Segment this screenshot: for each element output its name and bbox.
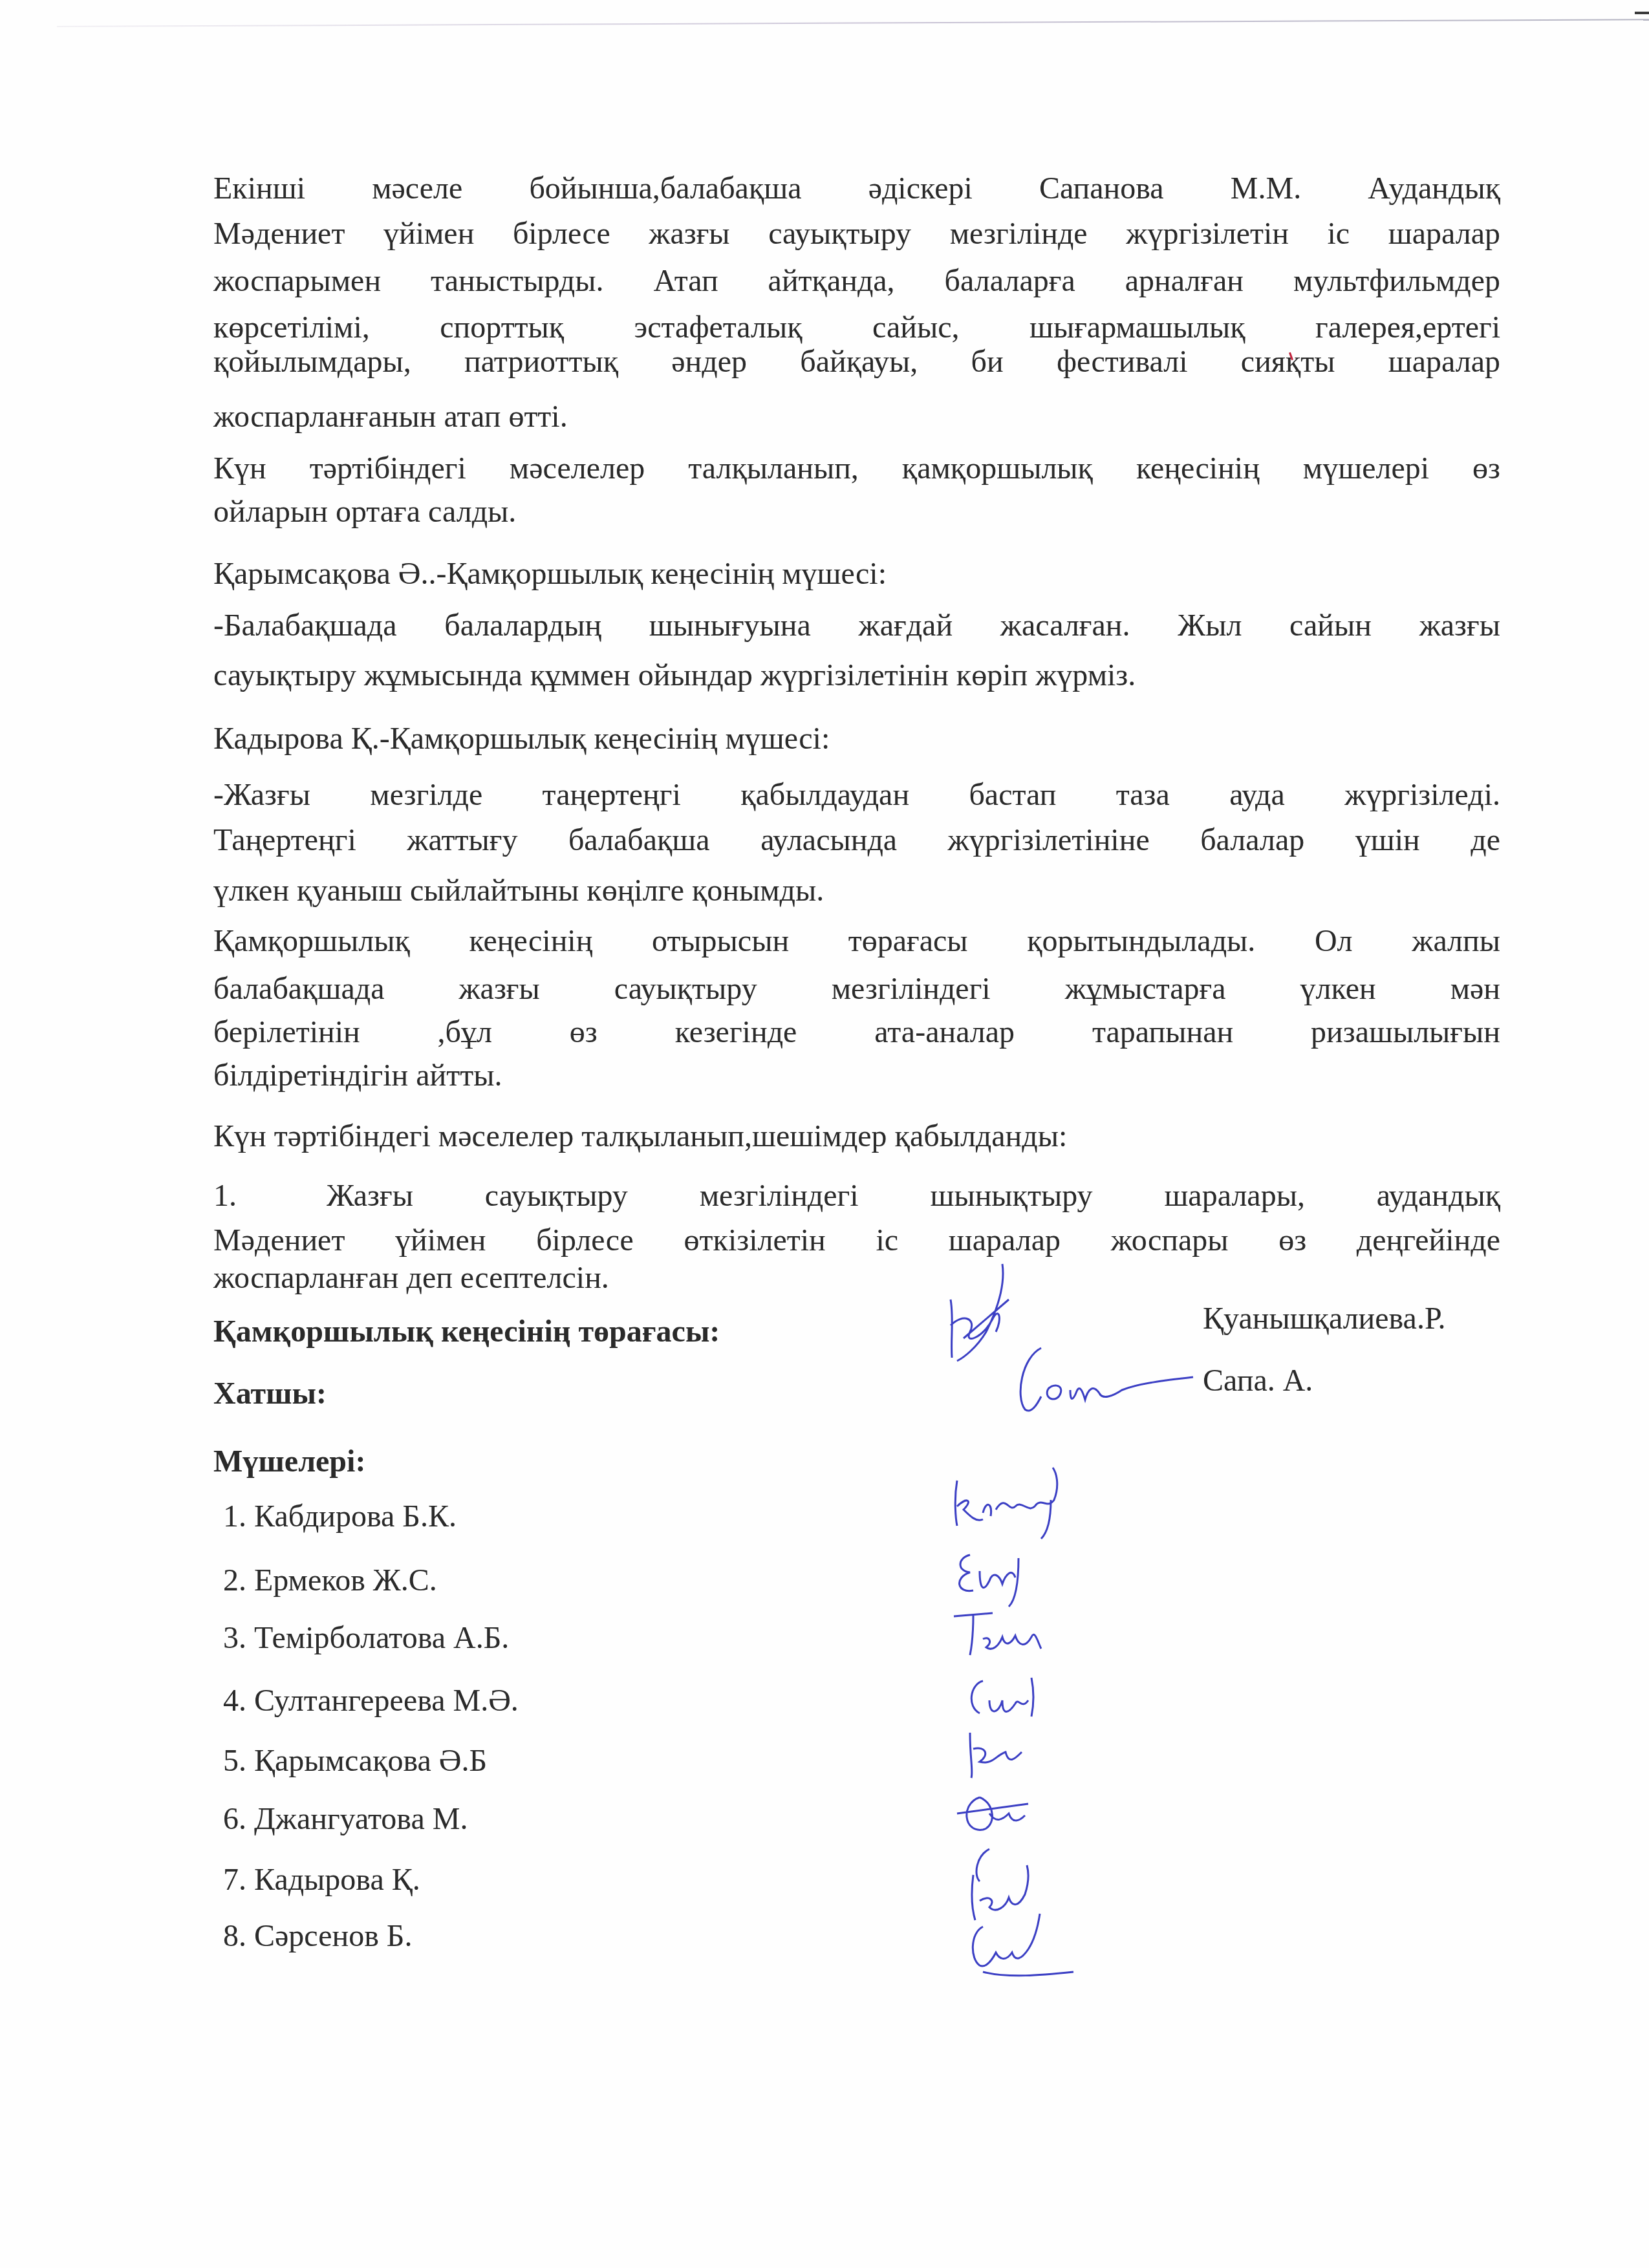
member-6: 6. Джангуатова М. bbox=[223, 1800, 468, 1839]
chair-name: Қуанышқалиева.Р. bbox=[1203, 1300, 1446, 1338]
paragraph-1-line-5: қойылымдары, патриоттық әндер байқауы, б… bbox=[213, 343, 1500, 381]
decision-1-line-3: жоспарланған деп есептелсін. bbox=[213, 1259, 609, 1298]
scan-corner-mark bbox=[1635, 12, 1649, 14]
member-7: 7. Кадырова Қ. bbox=[223, 1861, 420, 1899]
speaker-2-heading: Кадырова Қ.-Қамқоршылық кеңесінің мүшесі… bbox=[213, 720, 830, 758]
secretary-signature-icon bbox=[1009, 1345, 1196, 1416]
paragraph-2-line-1: Күн тәртібіндегі мәселелер талқыланып, қ… bbox=[213, 449, 1500, 488]
chair-label: Қамқоршылық кеңесінің төрағасы: bbox=[213, 1312, 720, 1351]
scan-edge-line bbox=[57, 19, 1649, 27]
member-signatures-icon bbox=[944, 1461, 1112, 1991]
summary-line-2: балабақшада жазғы сауықтыру мезгіліндегі… bbox=[213, 970, 1500, 1009]
summary-line-1: Қамқоршылық кеңесінің отырысын төрағасы … bbox=[213, 922, 1500, 961]
member-1: 1. Кабдирова Б.К. bbox=[223, 1497, 457, 1536]
paragraph-1-line-4: көрсетілімі, спорттық эстафеталық сайыс,… bbox=[213, 308, 1500, 347]
member-4: 4. Султангереева М.Ә. bbox=[223, 1682, 519, 1720]
paragraph-1-line-2: Мәдениет үйімен бірлесе жазғы сауықтыру … bbox=[213, 215, 1500, 253]
decision-1-line-2: Мәдениет үйімен бірлесе өткізілетін іс ш… bbox=[213, 1221, 1500, 1260]
decision-1-number: 1. bbox=[213, 1177, 237, 1215]
member-3: 3. Темірболатова А.Б. bbox=[223, 1619, 509, 1658]
secretary-name: Сапа. А. bbox=[1203, 1362, 1313, 1400]
speaker-1-line-2: сауықтыру жұмысында құммен ойындар жүргі… bbox=[213, 656, 1136, 695]
paragraph-1-line-3: жоспарымен таныстырды. Атап айтқанда, ба… bbox=[213, 262, 1500, 301]
summary-line-3: берілетінін ,бұл өз кезегінде ата-аналар… bbox=[213, 1013, 1500, 1052]
speaker-2-line-2: Таңертеңгі жаттығу балабақша ауласында ж… bbox=[213, 821, 1500, 860]
speaker-2-line-1: -Жазғы мезгілде таңертеңгі қабылдаудан б… bbox=[213, 776, 1500, 815]
paragraph-1-line-6: жоспарланғанын атап өтті. bbox=[213, 398, 568, 436]
secretary-label: Хатшы: bbox=[213, 1375, 327, 1413]
speaker-2-line-3: үлкен қуаныш сыйлайтыны көңілге қонымды. bbox=[213, 872, 824, 910]
paragraph-1-line-1: Екінші мәселе бойынша,балабақша әдіскері… bbox=[213, 169, 1500, 208]
scanned-page: Екінші мәселе бойынша,балабақша әдіскері… bbox=[0, 0, 1649, 2268]
speaker-1-heading: Қарымсақова Ә..-Қамқоршылық кеңесінің мү… bbox=[213, 555, 887, 594]
paragraph-2-line-2: ойларын ортаға салды. bbox=[213, 493, 516, 531]
speaker-1-line-1: -Балабақшада балалардың шынығуына жағдай… bbox=[213, 606, 1500, 645]
decisions-intro: Күн тәртібіндегі мәселелер талқыланып,ше… bbox=[213, 1117, 1067, 1156]
members-label: Мүшелері: bbox=[213, 1442, 365, 1481]
member-2: 2. Ермеков Ж.С. bbox=[223, 1561, 437, 1600]
decision-1-line-1: Жазғы сауықтыру мезгіліндегі шынықтыру ш… bbox=[327, 1177, 1500, 1215]
member-8: 8. Сәрсенов Б. bbox=[223, 1917, 412, 1956]
summary-line-4: білдіретіндігін айтты. bbox=[213, 1056, 502, 1095]
member-5: 5. Қарымсақова Ә.Б bbox=[223, 1742, 487, 1781]
chair-signature-icon bbox=[925, 1261, 1041, 1371]
